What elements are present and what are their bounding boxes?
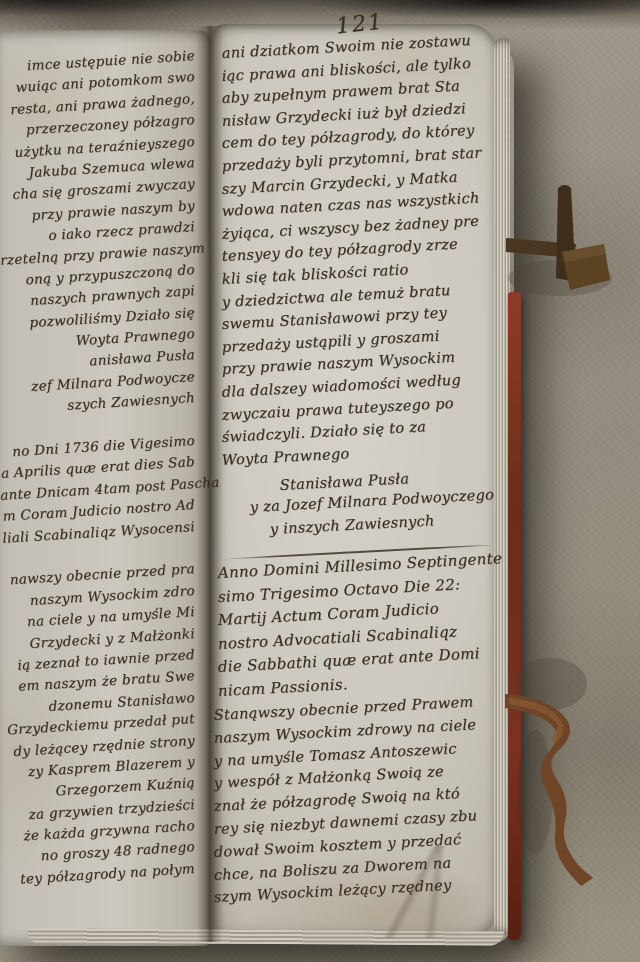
page-number: 121: [335, 10, 385, 40]
leather-tie-upper: [498, 178, 616, 304]
right-page-latin-heading: Anno Domini Millesimo Septingentesimo Tr…: [218, 564, 494, 705]
left-page-text-column: imce ustępuie nie sobiewuiąc ani potomko…: [0, 48, 195, 882]
photo-of-open-manuscript: 121 imce ustępuie nie sobiewuiąc ani pot…: [0, 0, 640, 962]
leather-tie-lower: [493, 642, 617, 892]
right-page-record-2: Stanąwszy obecnie przed Prawemnaszym Wys…: [214, 708, 494, 913]
right-page-signature-block: Stanisława Pusłay za Jozef Milnara Podwo…: [246, 478, 494, 544]
right-page-record-1: ani dziatkom Swoim nie zostawuiąc prawa …: [222, 46, 492, 475]
